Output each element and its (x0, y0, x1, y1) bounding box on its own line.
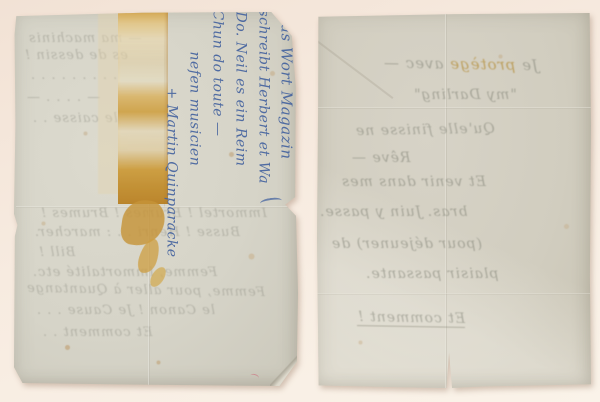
bleedthrough-line: Je protège avec — (383, 54, 538, 75)
bleedthrough-line: Et comment . . (42, 325, 152, 340)
bleedthrough-line: Bill ! (38, 245, 75, 260)
bleed-segment-amber: protège (449, 55, 515, 74)
ink-line: + Martin Quinparacke (160, 12, 183, 235)
bleedthrough-line: Femme, immortalité etc. (32, 265, 217, 280)
right-sheet-paper: Je protège avec — "my Darling" Qu'elle f… (317, 13, 591, 388)
bleed-segment: avec — (383, 54, 450, 73)
bleedthrough-line: — . . . . — (26, 90, 100, 105)
letters-photograph: — ma machinis es de dessin ! . . . . . .… (0, 0, 600, 402)
right-sheet: Je protège avec — "my Darling" Qu'elle f… (317, 13, 591, 388)
bleedthrough-line: (pour déjeuner) de (331, 236, 482, 252)
fold-crease-horizontal-lower (317, 293, 591, 295)
bleedthrough-line: Et venir dans mes (341, 174, 486, 190)
bleedthrough-line: Qu'elle finisse ne (355, 121, 495, 139)
tape-residue (98, 12, 120, 194)
pink-mark (249, 373, 259, 381)
fox-spots (317, 13, 320, 16)
bleedthrough-line: Femme, pour aller à Quantange (26, 281, 265, 300)
bleedthrough-line: bras. Juin y passe. (319, 204, 467, 220)
bleedthrough-line: le Canon ! Je Cause . . . (36, 303, 215, 318)
bleedthrough-line: plaisir passante. (365, 266, 498, 282)
left-sheet: — ma machinis es de dessin ! . . . . . .… (14, 12, 298, 386)
bleed-segment: Je (515, 56, 538, 74)
ink-line: nefen musicien (183, 12, 206, 235)
ink-line: Chun do toute — (206, 12, 229, 235)
left-sheet-paper: — ma machinis es de dessin ! . . . . . .… (14, 12, 298, 386)
bleedthrough-line: Rêve — (351, 150, 410, 166)
fold-crease-horizontal-upper (317, 107, 591, 109)
bleedthrough-line: Et comment ! (357, 309, 465, 328)
ink-line: Do. Neil es ein Reim (229, 12, 252, 235)
folded-corner (270, 354, 298, 386)
bleedthrough-line: "my Darling" (413, 87, 517, 103)
fox-spots (14, 12, 17, 15)
